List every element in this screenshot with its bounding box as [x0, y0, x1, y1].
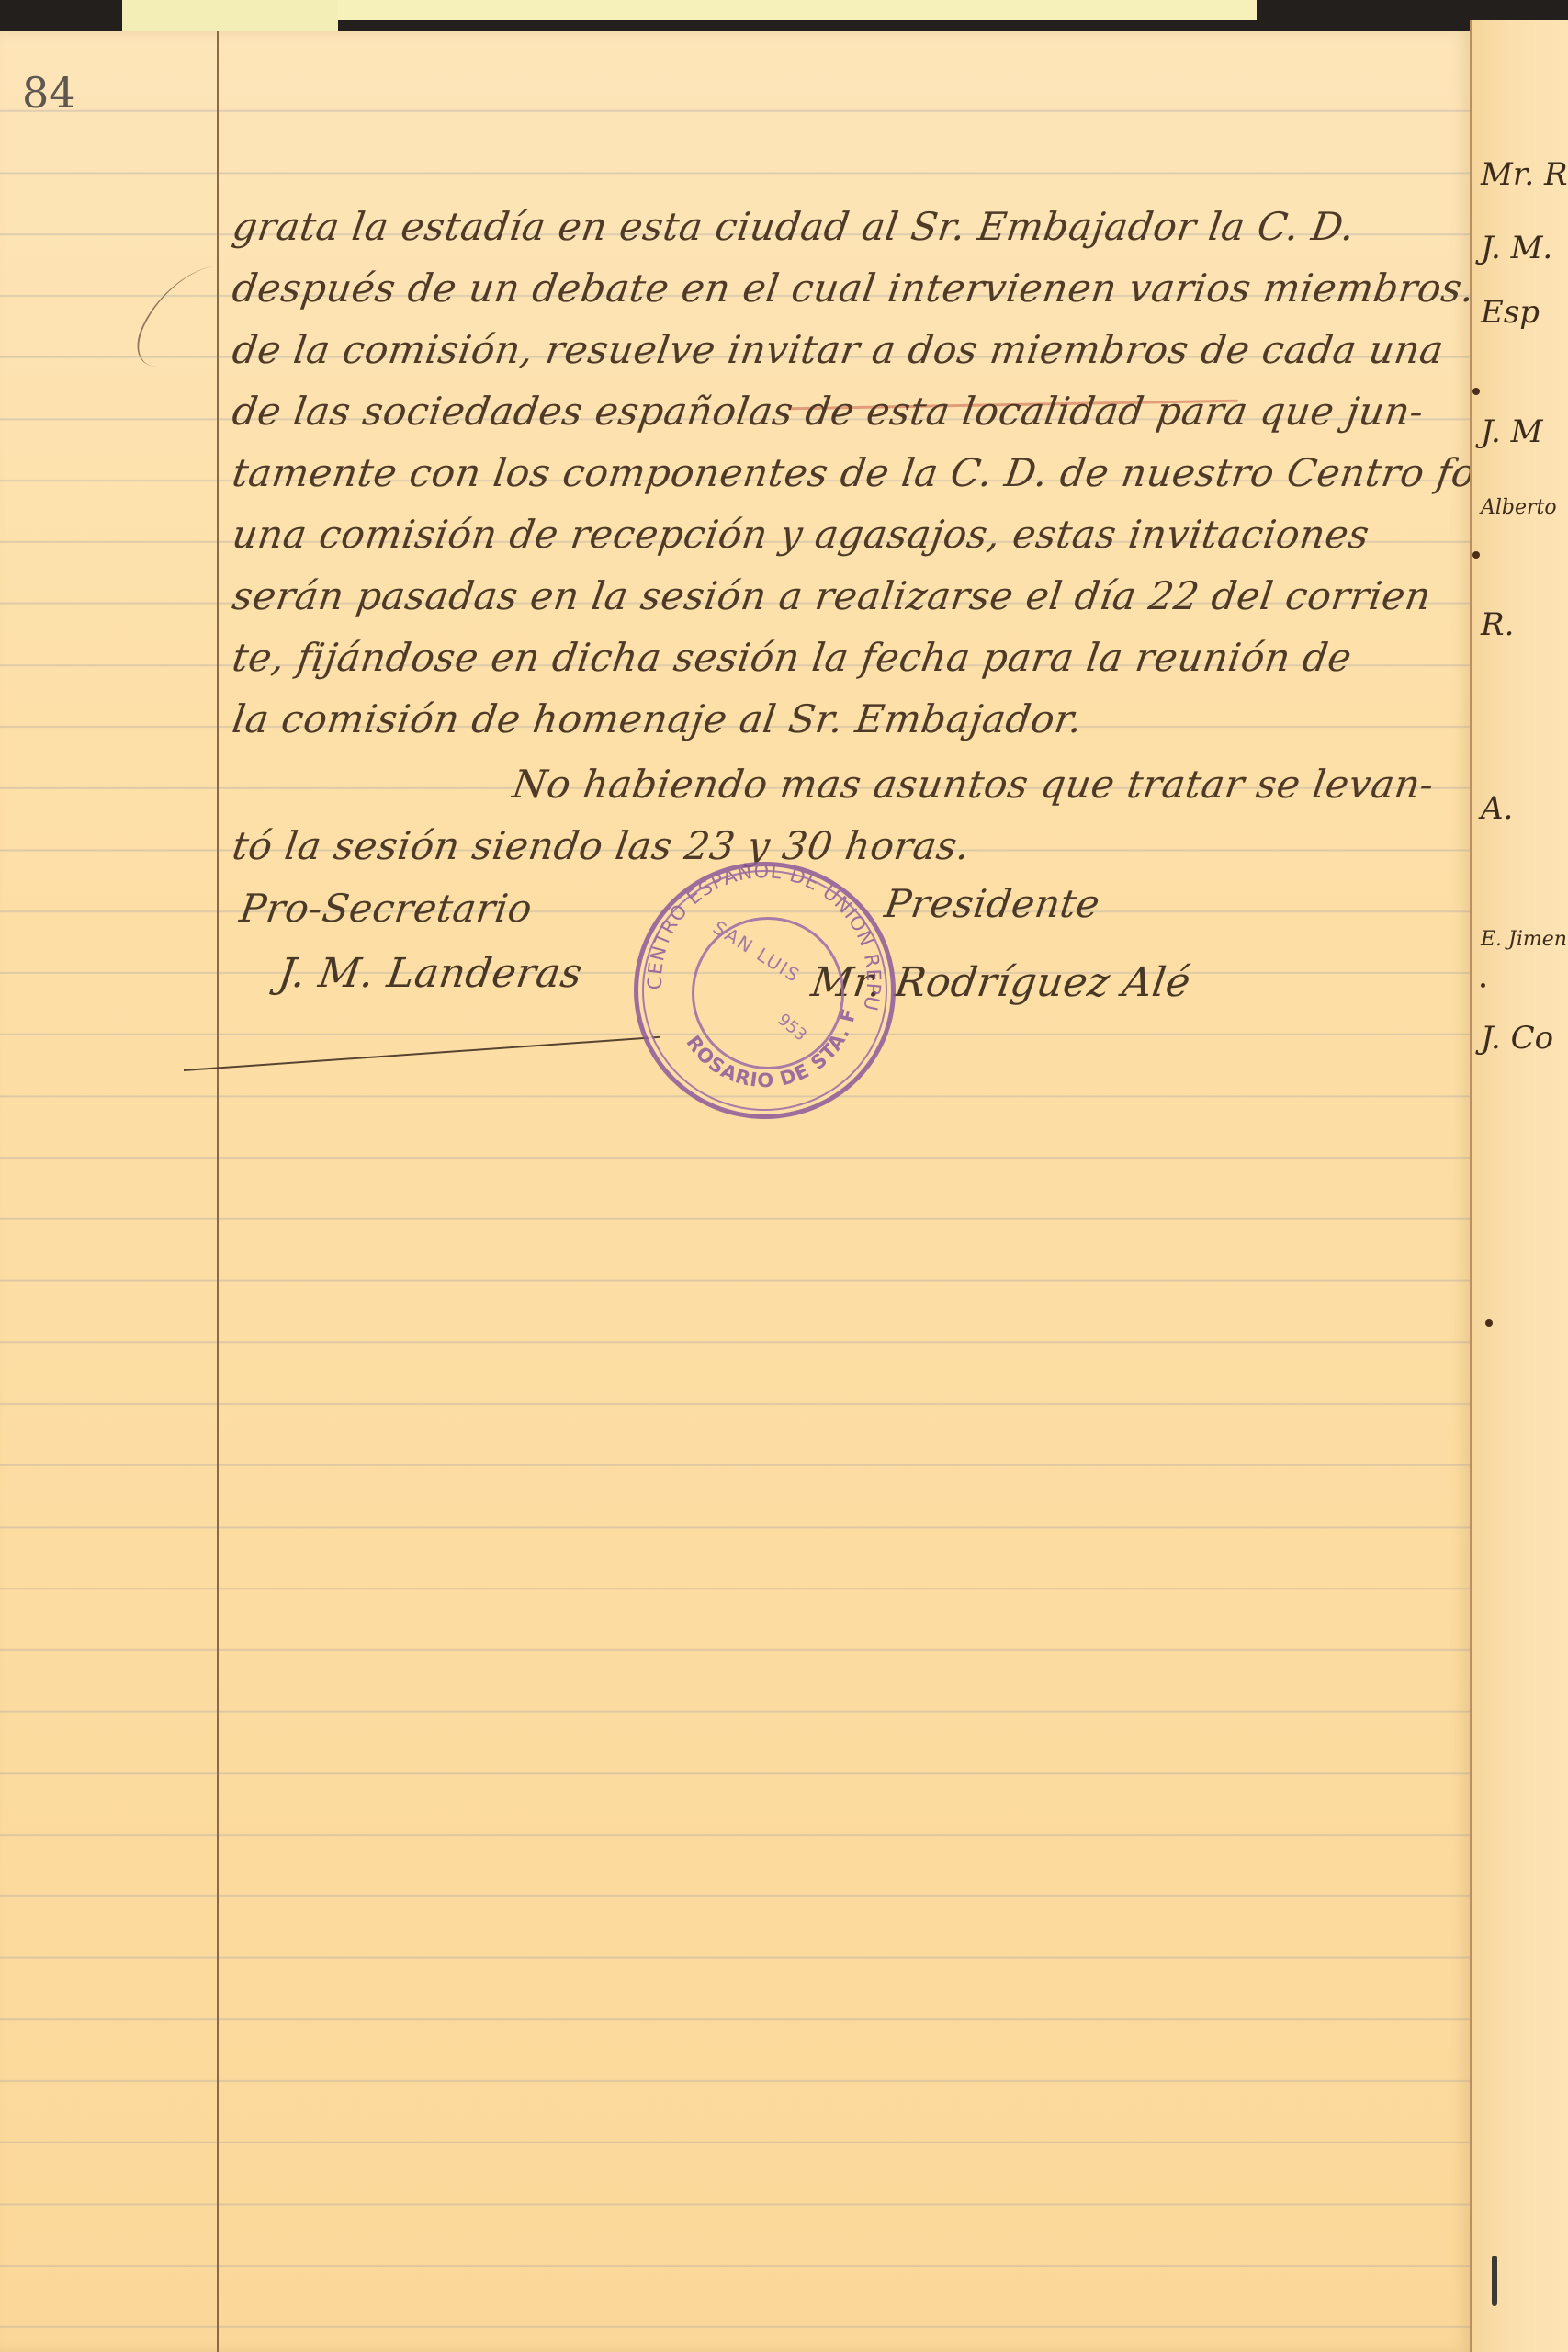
body-line-7: serán pasadas en la sesión a realizarse …: [230, 573, 1434, 618]
closing-line-1: No habiendo mas asuntos que tratar se le…: [510, 762, 1437, 807]
page-tab-flap-secondary: [338, 0, 1257, 20]
binding-stitch-mark: [1492, 2256, 1497, 2306]
facing-signature-4: J. M: [1481, 413, 1542, 450]
president-label: Presidente: [882, 881, 1103, 926]
body-line-8: te, fijándose en dicha sesión la fecha p…: [230, 635, 1355, 680]
body-line-2: después de un debate en el cual intervie…: [230, 266, 1478, 311]
body-line-5: tamente con los componentes de la C. D. …: [230, 450, 1568, 495]
facing-signature-5: Alberto: [1481, 496, 1557, 519]
ink-spot: [1472, 388, 1480, 395]
body-line-1: grata la estadía en esta ciudad al Sr. E…: [230, 204, 1358, 249]
facing-signature-8: E. Jimen: [1481, 928, 1567, 951]
ink-spot: [1472, 551, 1480, 559]
ledger-page: 84 grata la estadía en esta ciudad al Sr…: [0, 31, 1470, 2352]
margin-line: [217, 31, 219, 2352]
closing-line-2: tó la sesión siendo las 23 y 30 horas.: [230, 823, 973, 868]
secretary-signature: J. M. Landeras: [276, 950, 585, 997]
body-line-3: de la comisión, resuelve invitar a dos m…: [230, 327, 1447, 372]
ink-spot: [1481, 983, 1485, 988]
body-line-4: de las sociedades españolas de esta loca…: [230, 389, 1427, 434]
body-line-6: una comisión de recepción y agasajos, es…: [230, 512, 1372, 557]
organization-stamp: CENTRO ESPAÑOL DE UNION REPUBLICANA ROSA…: [634, 862, 896, 1119]
facing-signature-2: J. M.: [1481, 230, 1552, 266]
page-number: 84: [22, 68, 76, 118]
page-tab-flap: [122, 0, 338, 31]
signature-swash: [184, 1036, 660, 1071]
facing-signature-9: J. Co: [1481, 1020, 1553, 1057]
secretary-label: Pro-Secretario: [237, 886, 536, 931]
ink-spot: [1485, 1319, 1493, 1327]
facing-page: [1470, 20, 1568, 2352]
facing-signature-3: Esp: [1481, 294, 1540, 331]
ruled-lines: [0, 31, 1470, 2352]
facing-signature-6: R.: [1481, 606, 1514, 643]
body-line-9: la comisión de homenaje al Sr. Embajador…: [230, 696, 1086, 741]
facing-signature-7: A.: [1481, 790, 1513, 827]
facing-signature-1: Mr. Rod: [1481, 156, 1568, 193]
